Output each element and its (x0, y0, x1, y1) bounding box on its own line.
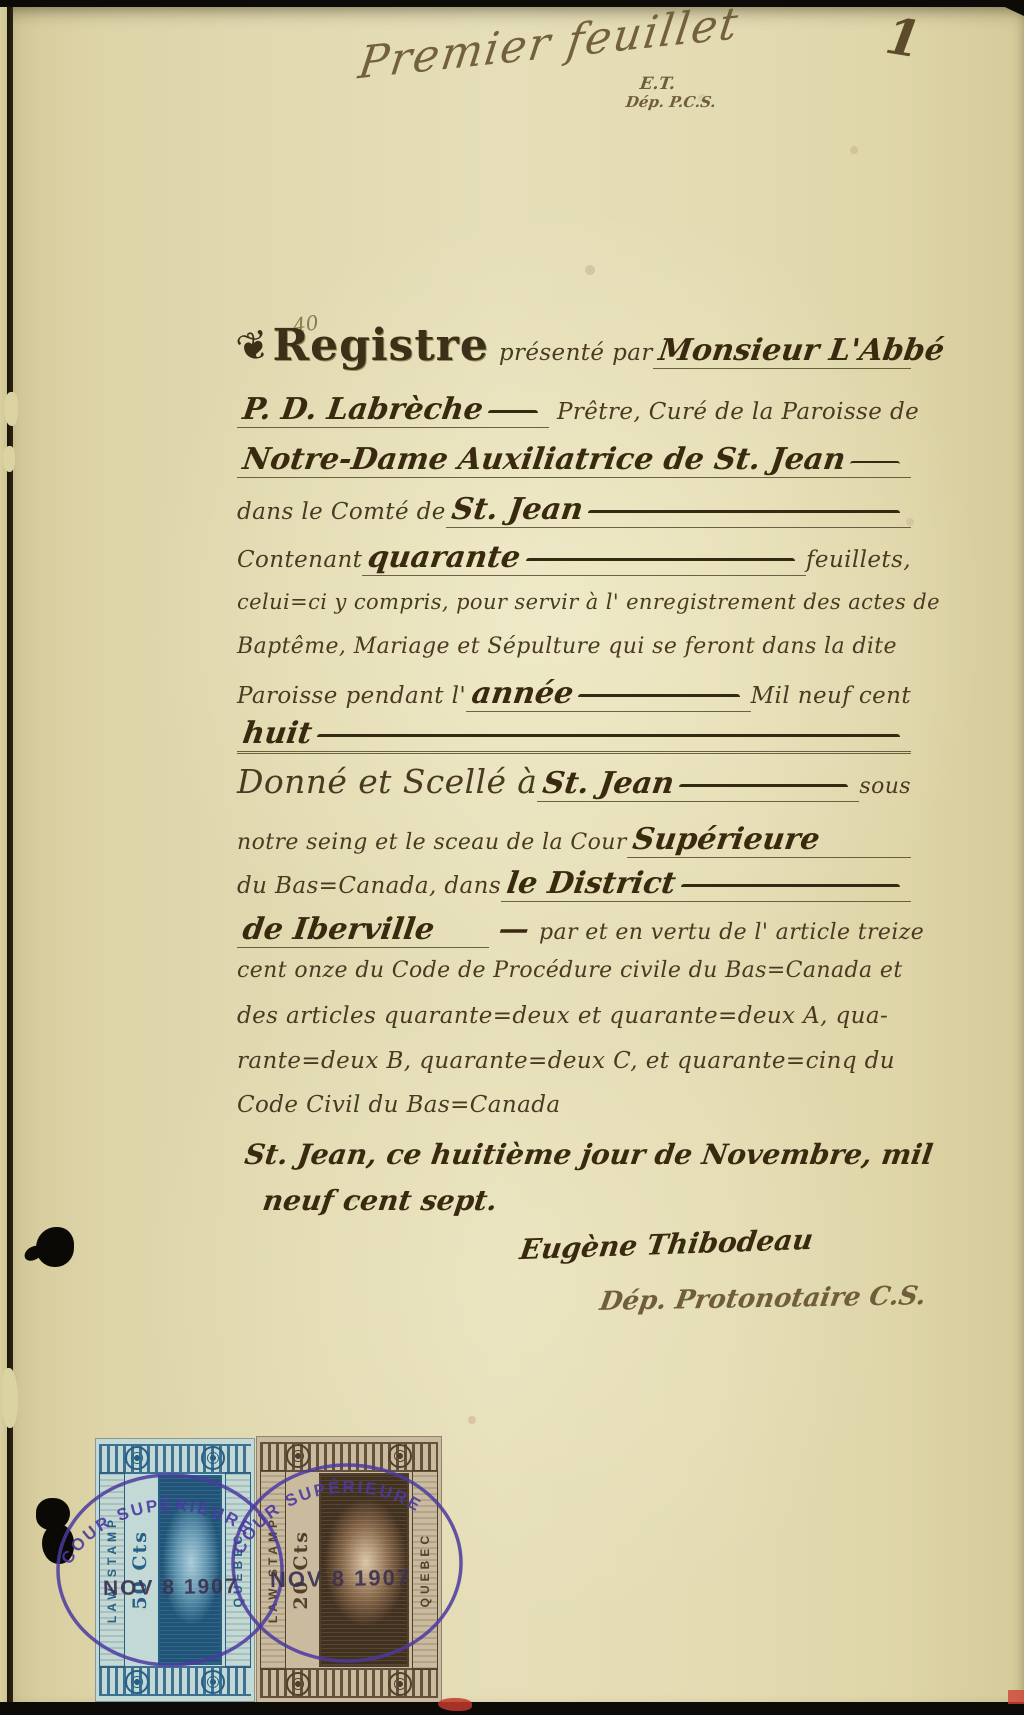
scan-edge-top (0, 0, 1024, 7)
handwritten-dash (578, 694, 739, 702)
handwritten-entry: Monsieur L'Abbé (656, 333, 946, 368)
line-parish-name: Notre-Dame Auxiliatrice de St. Jean (237, 442, 911, 478)
line-year-word: huit (237, 716, 911, 754)
cancel-date: NOV 8 1907 (270, 1565, 412, 1593)
entry-blank: St. Jean (446, 492, 911, 528)
line-cure-name: P. D. Labrèche Prêtre, Curé de la Parois… (237, 392, 911, 428)
printed-text: Contenant (237, 547, 362, 573)
cancel-court-text: COUR SUPÉRIEURE (229, 1478, 425, 1558)
line-printed: Code Civil du Bas=Canada (237, 1092, 911, 1118)
dateline-continued: neuf cent sept. (261, 1184, 500, 1217)
handwritten-entry: St. Jean (449, 492, 585, 527)
handwritten-entry: le District (505, 866, 678, 901)
handwritten-entry: année (470, 676, 576, 711)
entry-blank: Notre-Dame Auxiliatrice de St. Jean (237, 442, 911, 478)
register-title-word: Registre (273, 320, 489, 371)
line-court: notre seing et le sceau de la Cour Supér… (237, 822, 911, 858)
torn-edge-fragment (4, 392, 18, 426)
line-printed: celui=ci y compris, pour servir à l' enr… (237, 590, 911, 614)
scan-corner (990, 0, 1024, 16)
line-folio-count: Contenant quarante feuillets, (237, 540, 911, 576)
signature-title: Dép. Protonotaire C.S. (598, 1281, 928, 1317)
handwritten-dash (526, 558, 795, 566)
printed-text: des articles quarante=deux et quarante=d… (237, 1003, 888, 1029)
printed-text: notre seing et le sceau de la Cour (237, 830, 627, 855)
printed-text: celui=ci y compris, pour servir à l' enr… (237, 590, 940, 614)
line-printed: Baptême, Mariage et Sépulture qui se fer… (237, 634, 911, 659)
printed-text: cent onze du Code de Procédure civile du… (237, 958, 903, 983)
line-district-name: de Iberville — par et en vertu de l' art… (237, 912, 911, 948)
entry-blank: P. D. Labrèche (237, 392, 549, 428)
line-title: ❦ Registre présenté par Monsieur L'Abbé (237, 320, 911, 371)
handwritten-entry: quarante (366, 540, 523, 575)
handwritten-entry: Notre-Dame Auxiliatrice de St. Jean (241, 442, 848, 477)
printed-text: feuillets, (806, 547, 911, 573)
line-printed: des articles quarante=deux et quarante=d… (237, 1003, 911, 1029)
scan-edge-bottom (0, 1702, 1024, 1715)
entry-blank: de Iberville (237, 912, 489, 948)
printed-text: présenté par (499, 340, 653, 366)
cancel-date: NOV 8 1907 (103, 1575, 239, 1601)
handwritten-entry: de Iberville (241, 912, 437, 947)
binding-edge (0, 7, 7, 1702)
entry-blank: le District (501, 866, 911, 902)
printed-text: par et en vertu de l' article treize (539, 920, 924, 945)
line-district: du Bas=Canada, dans le District (237, 866, 911, 902)
line-year: Paroisse pendant l' année Mil neuf cent (237, 676, 911, 712)
printed-text: rante=deux B, quarante=deux C, et quaran… (237, 1048, 895, 1074)
red-pencil-mark (438, 1698, 472, 1711)
line-county: dans le Comté de St. Jean (237, 492, 911, 528)
handwritten-dash (681, 884, 900, 892)
handwritten-dash (317, 734, 900, 742)
printed-text: Baptême, Mariage et Sépulture qui se fer… (237, 634, 897, 659)
cancellation-overlay: COUR SUPÉRIEURE COUR SUPÉRIEURE (30, 1408, 500, 1715)
entry-blank: quarante (362, 540, 806, 576)
line-printed: rante=deux B, quarante=deux C, et quaran… (237, 1048, 911, 1074)
handwritten-entry: huit (241, 716, 315, 751)
line-printed: cent onze du Code de Procédure civile du… (237, 958, 911, 983)
printed-text: sous (859, 774, 911, 799)
dateline: St. Jean, ce huitième jour de Novembre, … (243, 1138, 935, 1171)
handwritten-entry: P. D. Labrèche (241, 392, 486, 427)
printed-text: dans le Comté de (237, 499, 446, 525)
handwritten-dash (850, 461, 900, 468)
handwritten-dash (488, 410, 538, 418)
entry-blank: St. Jean (537, 766, 859, 802)
handwritten-dash (679, 784, 848, 792)
printed-text: Prêtre, Curé de la Paroisse de (557, 399, 919, 425)
binding-shadow (7, 7, 13, 1702)
clerk-initials: E.T. (639, 74, 677, 94)
handwritten-dash (588, 510, 900, 518)
entry-blank: Supérieure (627, 822, 911, 858)
printed-text: Donné et Scellé à (237, 762, 537, 801)
handwritten-dash-glyph: — (497, 912, 532, 947)
line-given-sealed: Donné et Scellé à St. Jean sous (237, 762, 911, 802)
printed-text: du Bas=Canada, dans (237, 873, 501, 899)
printed-text: Code Civil du Bas=Canada (237, 1092, 560, 1118)
svg-text:COUR SUPÉRIEURE: COUR SUPÉRIEURE (229, 1478, 425, 1558)
torn-edge-fragment (3, 446, 15, 472)
clerk-initials-title: Dép. P.C.S. (625, 93, 717, 111)
printed-text: Paroisse pendant l' (237, 683, 466, 709)
ink-blot (36, 1227, 74, 1267)
entry-blank: Monsieur L'Abbé (653, 333, 911, 369)
entry-blank: huit (237, 716, 911, 754)
handwritten-entry: St. Jean (541, 766, 677, 801)
handwritten-entry: Supérieure (630, 822, 821, 857)
floral-ornament-icon: ❦ (232, 320, 276, 373)
entry-blank: année (466, 676, 750, 712)
printed-text: Mil neuf cent (751, 683, 911, 709)
red-pencil-mark (1008, 1690, 1024, 1704)
scanned-register-page: Premier feuillet 1 E.T. Dép. P.C.S. 40 ❦… (0, 0, 1024, 1715)
